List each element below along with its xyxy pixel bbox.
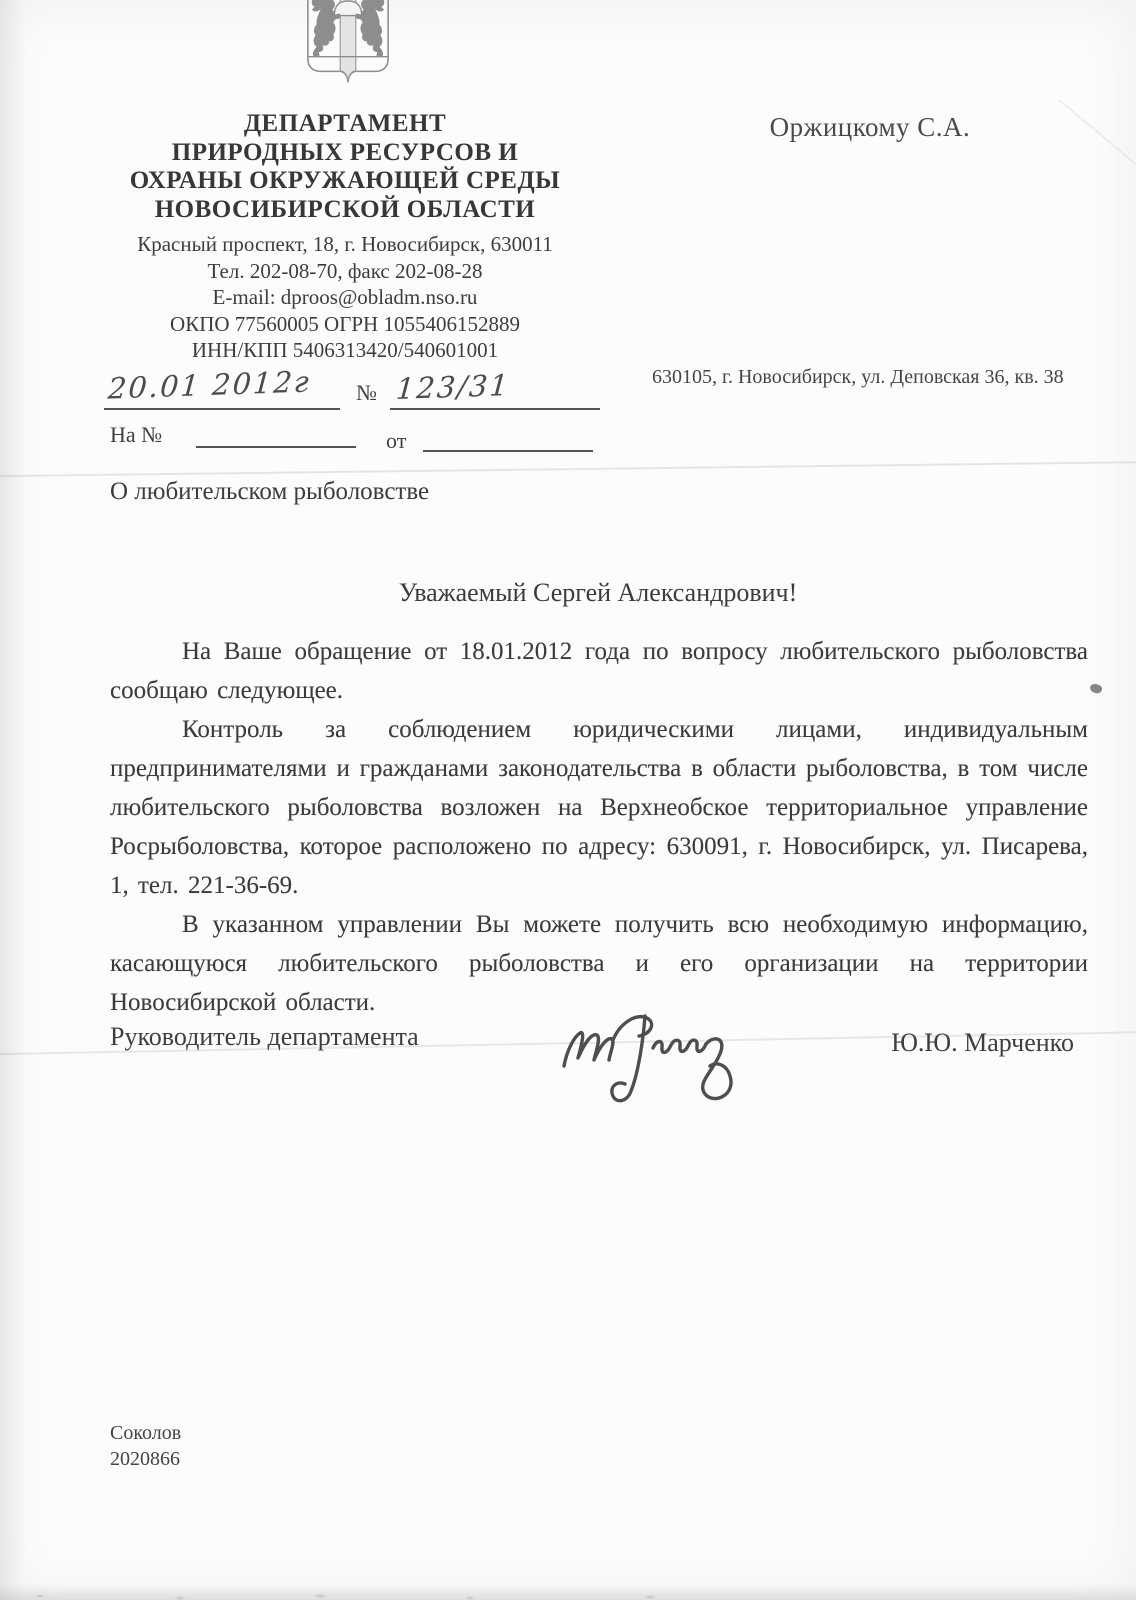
letter-subject: О любительском рыболовстве xyxy=(110,478,429,506)
reference-row-incoming: На № от xyxy=(108,422,598,468)
org-phone-fax: Тел. 202-08-70, факс 202-08-28 xyxy=(80,258,610,285)
body-paragraph: Контроль за соблюдением юридическими лиц… xyxy=(110,710,1088,905)
from-label: от xyxy=(386,428,406,454)
org-name: ДЕПАРТАМЕНТ ПРИРОДНЫХ РЕСУРСОВ И ОХРАНЫ … xyxy=(80,110,610,224)
org-name-line: НОВОСИБИРСКОЙ ОБЛАСТИ xyxy=(80,196,610,225)
signer-position-title: Руководитель департамента xyxy=(110,1022,419,1052)
handwritten-signature-icon xyxy=(550,992,765,1122)
number-underline xyxy=(390,408,600,410)
executor-phone: 2020866 xyxy=(110,1446,181,1472)
reply-number-underline xyxy=(196,446,356,448)
body-paragraph: На Ваше обращение от 18.01.2012 года по … xyxy=(110,632,1088,710)
org-name-line: ДЕПАРТАМЕНТ xyxy=(80,110,610,139)
org-okpo-ogrn: ОКПО 77560005 ОГРН 1055406152889 xyxy=(80,311,610,338)
salutation: Уважаемый Сергей Александрович! xyxy=(110,578,1086,608)
executor-name: Соколов xyxy=(110,1420,181,1446)
outgoing-number-field: 123/31 xyxy=(396,370,510,404)
outgoing-date-field: 20.01 2012г xyxy=(108,368,338,402)
org-email: E-mail: dproos@obladm.nso.ru xyxy=(80,284,610,311)
letter-body: На Ваше обращение от 18.01.2012 года по … xyxy=(110,632,1088,1022)
handwritten-date: 20.01 2012г xyxy=(107,364,312,405)
scanned-letter-page: ДЕПАРТАМЕНТ ПРИРОДНЫХ РЕСУРСОВ И ОХРАНЫ … xyxy=(0,0,1136,1600)
date-underline xyxy=(104,408,340,410)
number-sign-label: № xyxy=(356,380,377,406)
scan-bottom-noise xyxy=(0,1584,1136,1600)
reference-row-outgoing: 20.01 2012г № 123/31 xyxy=(108,374,598,420)
scan-edge-shade xyxy=(0,0,26,1600)
org-name-line: ОХРАНЫ ОКРУЖАЮЩЕЙ СРЕДЫ xyxy=(80,167,610,196)
executor-block: Соколов 2020866 xyxy=(110,1420,181,1472)
org-street-address: Красный проспект, 18, г. Новосибирск, 63… xyxy=(80,231,610,258)
reply-to-label: На № xyxy=(110,422,162,448)
recipient-address: 630105, г. Новосибирск, ул. Деповская 36… xyxy=(652,366,1122,389)
org-contacts: Красный проспект, 18, г. Новосибирск, 63… xyxy=(80,231,610,364)
org-name-line: ПРИРОДНЫХ РЕСУРСОВ И xyxy=(80,139,610,168)
reference-block: 20.01 2012г № 123/31 На № от xyxy=(108,374,598,466)
from-date-underline xyxy=(423,450,593,452)
handwritten-number: 123/31 xyxy=(395,368,511,406)
recipient-name: Оржицкому С.А. xyxy=(650,112,1090,143)
org-inn-kpp: ИНН/КПП 5406313420/540601001 xyxy=(80,337,610,364)
signer-name: Ю.Ю. Марченко xyxy=(891,1028,1074,1058)
scan-speck xyxy=(1089,682,1104,695)
coat-of-arms-icon xyxy=(303,0,393,92)
